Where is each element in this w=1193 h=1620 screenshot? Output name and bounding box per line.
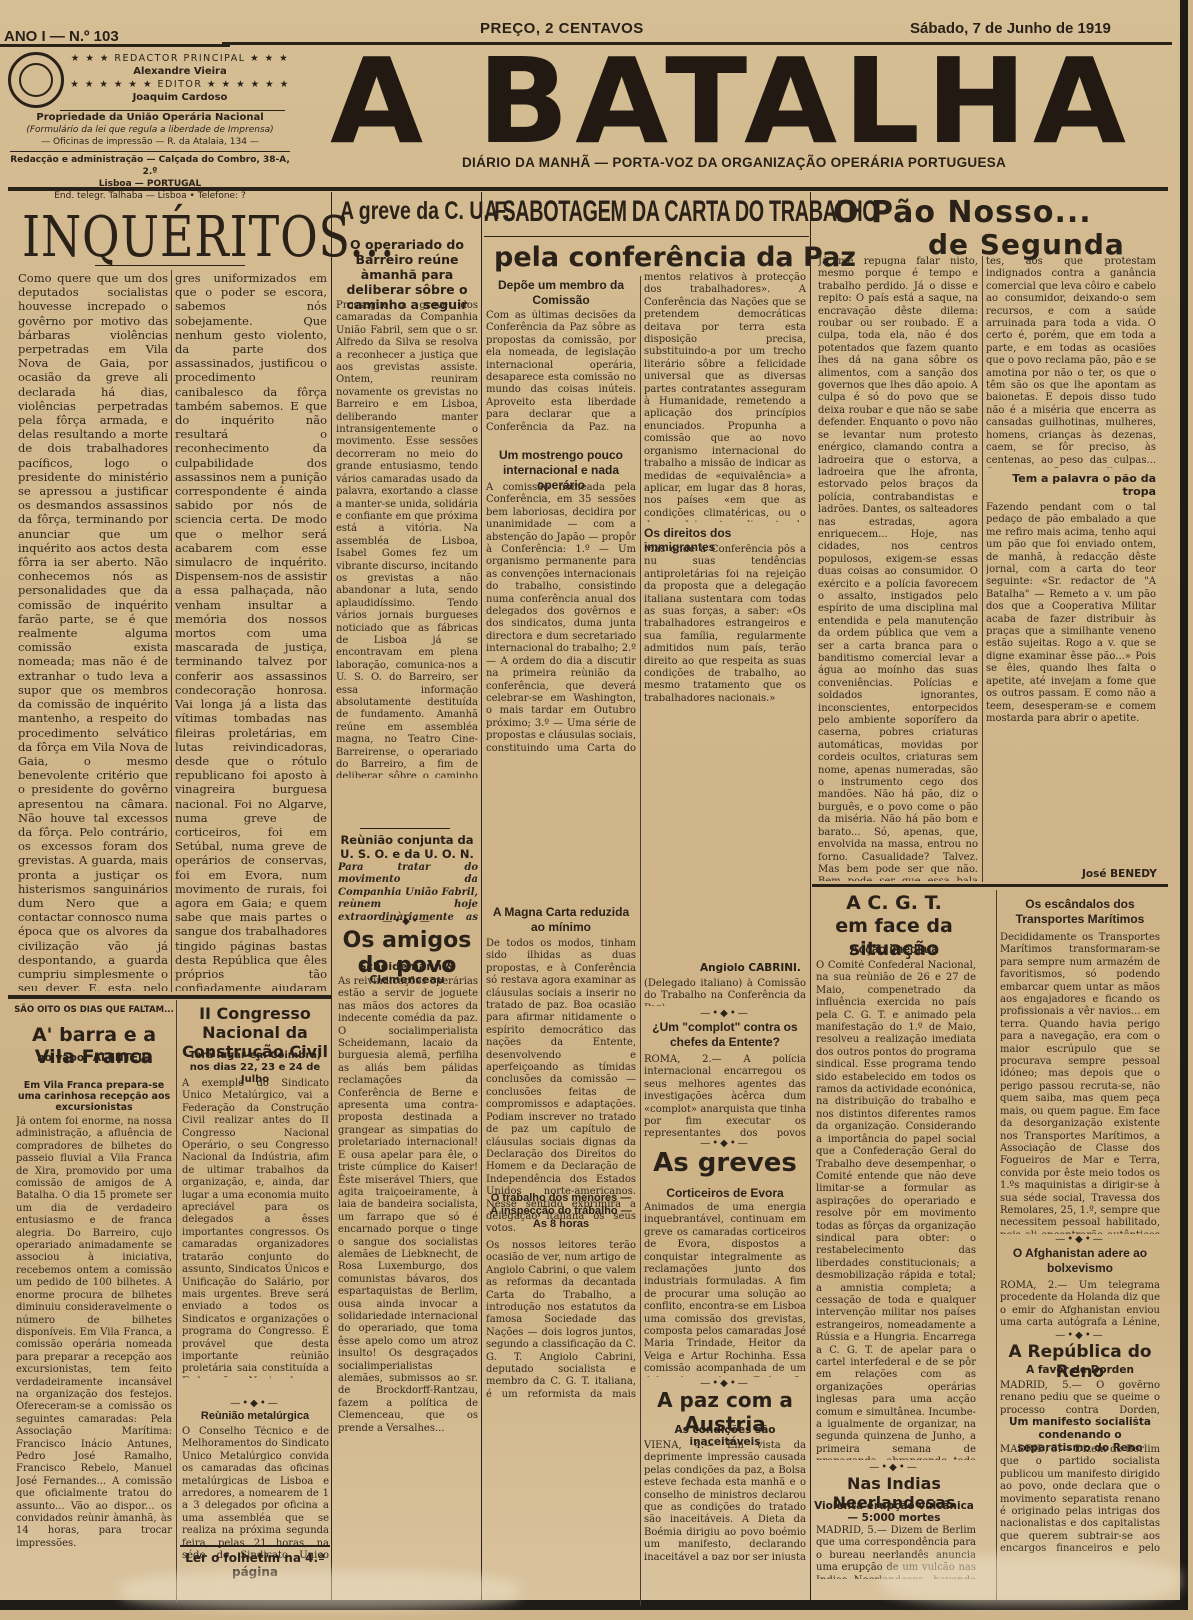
headline-complot: ¿Um "complot" contra os chefes da Entent… — [644, 1020, 806, 1050]
column-rule — [481, 192, 482, 1602]
newspaper-page: ANO I — N.º 103 PREÇO, 2 CENTAVOS Sábado… — [0, 0, 1188, 1610]
ornament-divider: —•◆•— — [644, 1008, 806, 1019]
afghanistan-body: ROMA, 2.— Um telegrama procedente da Hol… — [1000, 1280, 1160, 1330]
office-address: Redacção e administração — Calçada do Co… — [10, 151, 290, 178]
headline-pao-nosso: O Pão Nosso... — [833, 195, 1092, 230]
headline-sabotagem: A SABOTAGEM DA CARTA DO TRABALHO — [484, 195, 877, 229]
complot-body: ROMA, 2.— A polícia internacional encarr… — [644, 1054, 806, 1138]
divider — [180, 1545, 330, 1547]
congresso-body: A exemplo do Sindicato Unico Metalúrgico… — [182, 1078, 329, 1378]
sabotagem-body3: Mas onde a Conferência pôs a nu suas ten… — [644, 544, 806, 944]
signature-note: (Delegado italiano) à Comissão do Trabal… — [644, 978, 806, 1006]
ornament-divider: —•◆•— — [180, 1398, 330, 1409]
column-rule — [171, 270, 172, 992]
law-note: (Formulário da lei que regula a liberdad… — [10, 124, 290, 136]
subhead-depoe: Depõe um membro da Comissão — [486, 278, 636, 308]
greves-body: Animados de uma energia inquebrantável, … — [644, 1202, 806, 1377]
printing-address: — Oficinas de impressão — R. da Atalaia,… — [10, 136, 290, 148]
column-rule — [810, 192, 811, 1602]
headline-cgt-line1: A C. G. T. — [814, 892, 974, 915]
divider — [95, 265, 245, 266]
chief-editor-role: ★ ★ ★ REDACTOR PRINCIPAL ★ ★ ★ — [70, 52, 290, 65]
cgt-body: O Comité Confederal Nacional, na sua reù… — [816, 960, 976, 1460]
reuniao-uso-body: Para tratar do movimento da Companhia Un… — [338, 862, 478, 922]
kicker-vila-franca: SÃO OITO OS DIAS QUE FALTAM... — [14, 1005, 174, 1015]
transportes-body: Decididamente os Transportes Marítimos t… — [1000, 932, 1160, 1234]
pao-nosso-body2: Fazendo pendant com o tal pedaço de pão … — [986, 502, 1156, 866]
headline-reuniao-uso: Reùnião conjunta da U. S. O. e da U. O. … — [336, 833, 478, 861]
column-rule — [640, 276, 641, 1606]
issue-number: ANO I — N.º 103 — [4, 28, 119, 45]
subhead-corticeiros: Corticeiros de Evora — [644, 1186, 806, 1200]
masthead-rule-bottom — [8, 187, 1168, 191]
sabotagem-body: Com as últimas decisões da Conferência d… — [486, 310, 636, 430]
section-rule — [8, 995, 331, 999]
headline-transportes: Os escândalos dos Transportes Marítimos — [1000, 897, 1160, 927]
amigos-povo-body: As reivindicações operárias estão a serv… — [338, 976, 478, 1596]
greve-cuf-body: Prossegue a greve dos camaradas da Compa… — [336, 300, 478, 778]
newspaper-title: A BATALHA — [330, 42, 1132, 160]
austria-body: VIENA, 4.— Em vista da deprimente impres… — [644, 1440, 806, 1560]
headline-greves: As greves — [644, 1148, 806, 1178]
newspaper-subtitle: DIÁRIO DA MANHÃ — PORTA-VOZ DA ORGANIZAÇ… — [462, 155, 1006, 170]
inqueritos-col1: Como quere que um dos deputados socialis… — [18, 271, 168, 991]
subhead-alentejo: no vapor ALENTEJO — [14, 1052, 174, 1064]
column-rule — [176, 1000, 177, 1602]
ornament-divider: —•◆•— — [1000, 1330, 1160, 1341]
signature-cabrini: Angiolo CABRINI. — [700, 962, 801, 974]
reno-body2: MADRID, 5.— Dizem de Berlim que o partid… — [1000, 1444, 1160, 1554]
headline-trabalho-menores: O trabalho dos menores — A inspecção do … — [486, 1192, 636, 1231]
ornament-divider: —•◆•— — [1000, 1234, 1160, 1245]
reno-body: MADRID, 5.— O govêrno renano pediu que s… — [1000, 1380, 1160, 1418]
owner-line: Propriedade da União Operária Nacional — [36, 112, 263, 123]
masthead-rule-left — [0, 44, 230, 47]
paper-stain — [880, 1555, 1180, 1605]
paper-stain — [120, 1570, 520, 1610]
staff-box: ★ ★ ★ REDACTOR PRINCIPAL ★ ★ ★ Alexandre… — [70, 52, 290, 104]
column-rule — [982, 256, 983, 882]
divider — [360, 828, 450, 829]
headline-afghanistan: O Afghanistan adere ao bolxevismo — [1000, 1246, 1160, 1276]
subhead-accao-imediata: Acção imediata — [814, 942, 974, 956]
vila-franca-body: Já ontem foi enorme, na nossa administra… — [16, 1116, 172, 1586]
inqueritos-col2: gres uniformizados em que o poder se esc… — [175, 271, 327, 991]
ornament-divider: —•◆•— — [336, 916, 478, 927]
signature-benedy: José BENEDY — [1082, 868, 1157, 880]
editor-name: Joaquim Cardoso — [70, 91, 290, 104]
section-rule — [812, 884, 1168, 887]
pao-nosso-col2: tes, aos que protestam indignados contra… — [986, 256, 1156, 468]
chief-editor-name: Alexandre Vieira — [70, 65, 290, 78]
column-rule — [331, 192, 332, 1602]
union-seal-icon — [8, 52, 64, 108]
subhead-erupcao: Violenta erupção vulcânica — 5:000 morte… — [814, 1500, 974, 1524]
metalurgica-body: O Conselho Técnico e de Melhoramentos do… — [182, 1426, 329, 1562]
subhead-recepcao: Em Vila Franca prepara-se uma carinhosa … — [14, 1080, 174, 1113]
subhead-pao-tropa: Tem a palavra o pão da tropa — [986, 472, 1156, 498]
ornament-divider: —•◆•— — [814, 1462, 974, 1473]
divider — [484, 236, 809, 237]
column-rule — [996, 890, 997, 1600]
subhead-magna-carta: A Magna Carta reduzida ao mínimo — [486, 905, 636, 935]
headline-metalurgica: Reùnião metalúrgica — [180, 1410, 330, 1422]
pao-nosso-col1: Já me repugna falar nisto, mesmo porque … — [818, 256, 978, 881]
sabotagem-body2: A comissão nomeada pela Conferência, em … — [486, 482, 636, 752]
editor-role: ★ ★ ★ ★ ★ ★ EDITOR ★ ★ ★ ★ ★ ★ — [70, 78, 290, 91]
staff-rule — [60, 110, 285, 111]
sabotagem-col2: mentos relativos à protecção dos trabalh… — [644, 272, 806, 522]
subhead-dorden: A favor de Dorden — [1000, 1364, 1160, 1376]
telegraph-contact: End. telegr. Talhaba — Lisboa • Telefone… — [10, 190, 290, 202]
headline-reno: A República do Reno — [1000, 1342, 1160, 1382]
cabrini-note: Os nossos leitores terão ocasião de ver,… — [486, 1240, 636, 1400]
headline-conferencia-paz: pela conferência da Paz — [494, 242, 856, 273]
